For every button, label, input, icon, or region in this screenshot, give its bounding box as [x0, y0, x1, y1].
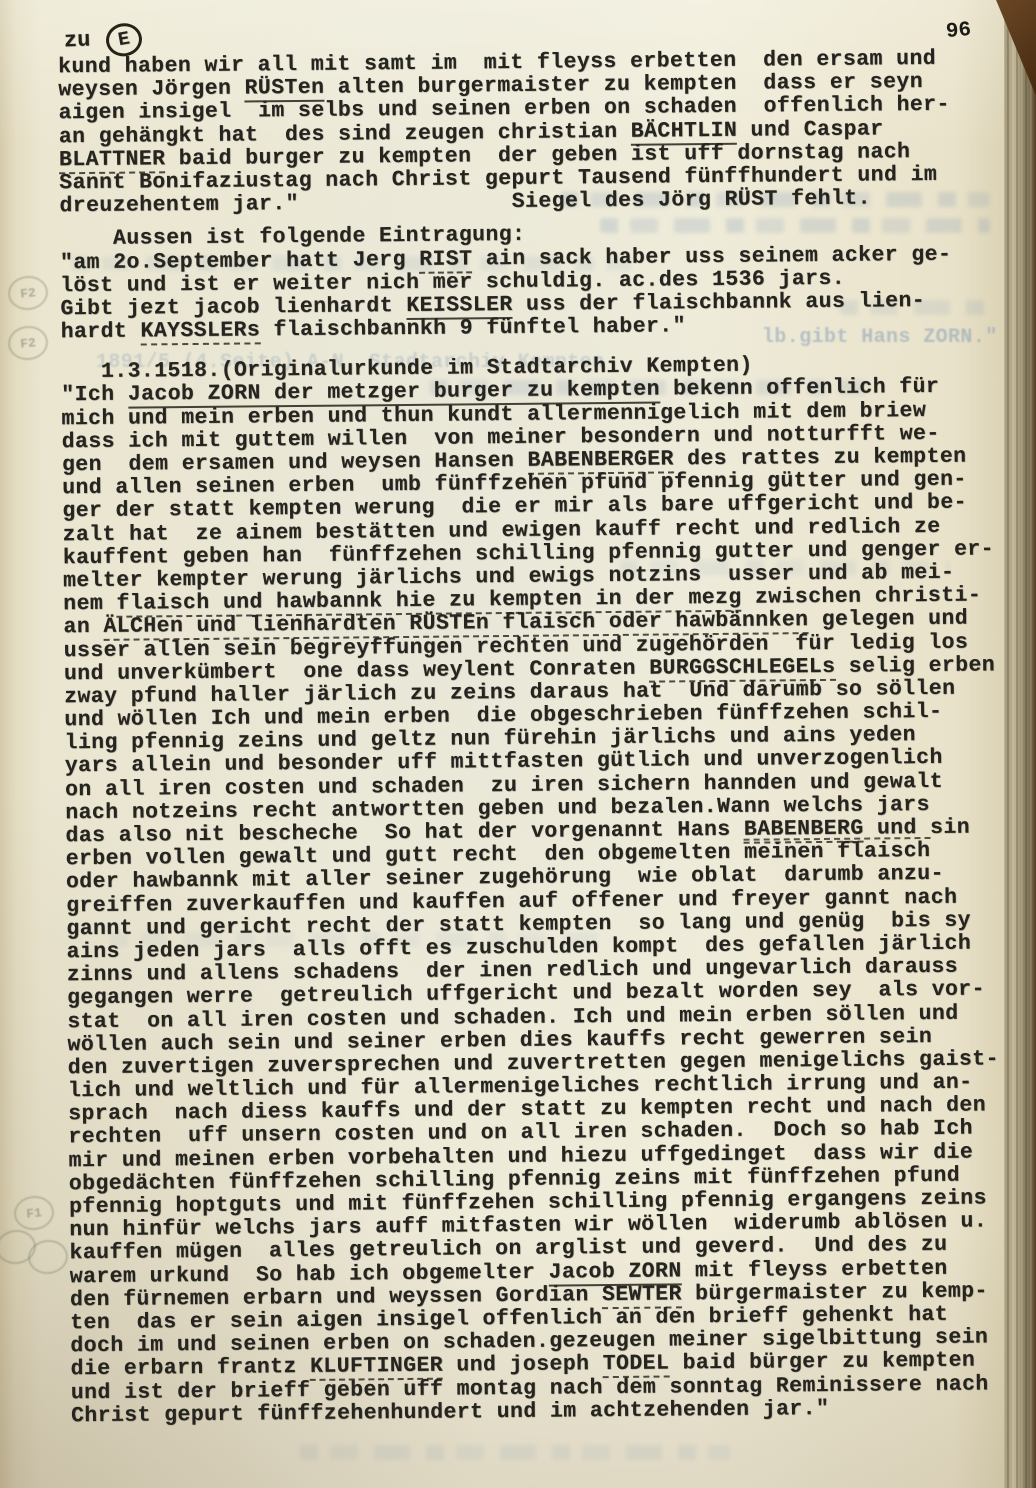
text-segment: die erbarn frantz: [70, 1355, 310, 1381]
text-segment: hardt: [61, 320, 141, 345]
paragraph: Aussen ist folgende Eintragung:"am 2o.Se…: [60, 219, 1013, 344]
margin-note-text: zu: [64, 27, 91, 53]
page-number: 96: [945, 19, 972, 44]
document-text: kund haben wir all mit samt im mit fleys…: [58, 47, 1023, 1428]
text-segment: "Ich: [61, 383, 128, 408]
photographed-book-page: lb.gibt Hans ZORN."1891/5 (4.Seite) A-N …: [0, 0, 1036, 1488]
text-segment: meinen flaisch: [744, 837, 930, 865]
text-segment: nem: [63, 592, 116, 617]
text-segment: weysen Jörgen: [58, 77, 244, 103]
text-segment: flaischbannkh 9 fünftel haber.": [260, 314, 686, 342]
circled-letter: E: [104, 20, 145, 59]
text-segment: und Caspar: [737, 117, 884, 142]
text-segment: uss der flaischbannk aus lien-: [513, 289, 926, 317]
margin-stamp: F2: [6, 324, 49, 362]
bleedthrough-smudge: [300, 1445, 730, 1460]
paragraph: 1.3.1518.(Originalurkunde im Stadtarchiv…: [61, 352, 1023, 1428]
page: lb.gibt Hans ZORN."1891/5 (4.Seite) A-N …: [0, 0, 1004, 1488]
text-segment: an: [63, 615, 103, 639]
margin-stamp: F2: [6, 274, 49, 312]
margin-annotation: zuE: [63, 23, 143, 59]
text-segment: gelegen und: [808, 607, 968, 633]
text-segment: selig erben: [835, 653, 995, 679]
paragraph: kund haben wir all mit samt im mit fleys…: [58, 47, 1012, 218]
text-segment: mit fleyss erbetten: [681, 1256, 947, 1283]
text-segment: ain sack haber uss seinem acker ge-: [472, 242, 951, 271]
text-segment: KAYSSLERs: [140, 318, 260, 345]
text-segment: und joseph: [443, 1352, 603, 1378]
margin-stamp: F1: [12, 1194, 55, 1232]
